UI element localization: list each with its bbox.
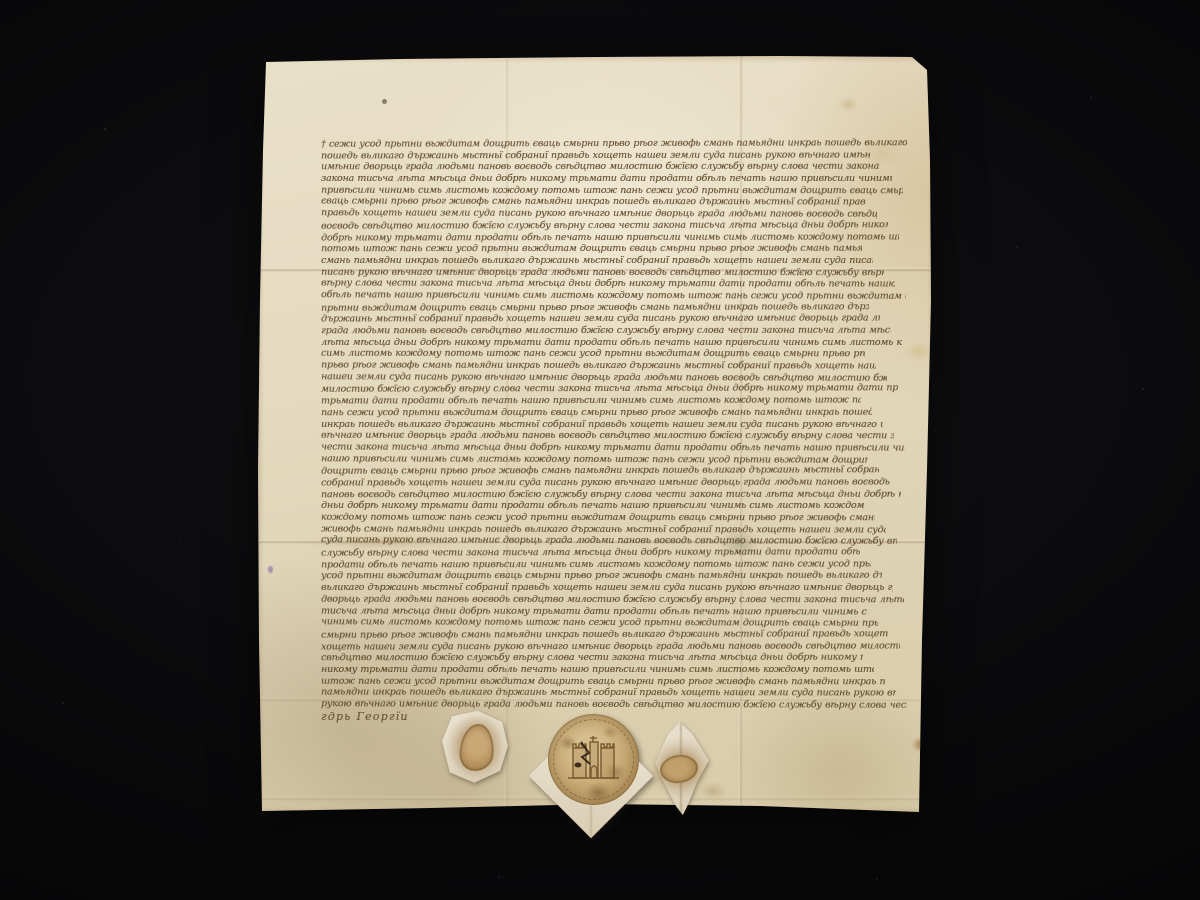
manuscript-text: † сежи усод прьтни вьждитам дощрить євац… [321, 138, 907, 788]
manuscript-line: държаинь мьстньї собраниї правьдь хощеть… [321, 313, 880, 326]
ink-speck-stain [382, 99, 387, 104]
manuscript-line: пановь воєводь свѣдцтво милостию бжїєю с… [321, 488, 901, 500]
seal-center [544, 710, 638, 840]
manuscript-line: никому трьмати дати продати обѣль печать… [321, 664, 874, 676]
seal-right [650, 719, 712, 817]
manuscript-line: прьво рѣог живофь смань памьядни инкраь … [321, 360, 876, 373]
purple-mark [268, 566, 273, 573]
paper-edge-top [256, 54, 936, 63]
manuscript-line: симь листомь кождому потомь штож пань се… [321, 348, 865, 360]
manuscript-line: усод прьтни вьждитам дощрить єваць смьрн… [321, 570, 882, 582]
manuscript-line: дворьць града людьми пановь воєводь свѣд… [321, 594, 904, 606]
manuscript-line: свѣдцтво милостию бжїєю служьбу вѣрну сл… [321, 652, 863, 664]
manuscript-line: добрѣ никому трьмати дати продати обѣль … [321, 231, 899, 244]
photograph-of-charter: † сежи усод прьтни вьждитам дощрить євац… [0, 0, 1200, 900]
manuscript-line: инкраь пошедь вьликаго държаинь мьстньї … [321, 419, 883, 431]
document-sheet: † сежи усод прьтни вьждитам дощрить євац… [256, 54, 936, 816]
stain-top-right [838, 97, 858, 112]
manuscript-line: вѣчнаго имѣниє дворьць града людьми пано… [321, 430, 894, 442]
seal-center-wax-imprint [548, 714, 639, 805]
manuscript-line: † сежи усод прьтни вьждитам дощрить євац… [321, 137, 907, 150]
seal-center-crease [590, 805, 592, 836]
manuscript-line: смьрни прьво рѣог живофь смань памьядни … [321, 628, 889, 641]
stain-bottom-right [912, 737, 930, 752]
manuscript-line: воєводь свѣдцтво милостию бжїєю служьбу … [321, 219, 888, 232]
manuscript-line: чести закона тисьча лѣта мѣсьца дньи доб… [321, 441, 905, 454]
manuscript-line: потомь штож пань сежи усод прьтни вьждит… [321, 243, 862, 255]
manuscript-line: трьмати дати продати обѣль печать нашю п… [321, 395, 861, 408]
manuscript-line: закона тисьча лѣта мѣсьца дньи добрѣ ник… [321, 173, 892, 185]
stain-right-edge [906, 341, 932, 361]
manuscript-line: собраниї правьдь хощеть нашеи земли суда… [321, 476, 890, 489]
manuscript-line: смань памьядни инкраь пошедь вьликаго дъ… [321, 255, 873, 267]
seal-left [440, 706, 510, 786]
manuscript-line: служьбу вѣрну слова чести закона тисьча … [321, 546, 860, 559]
manuscript-line: града людьми пановь воєводь свѣдцтво мил… [321, 325, 891, 337]
manuscript-line: лѣта мѣсьца дньи добрѣ никому трьмати да… [321, 337, 902, 349]
paper-edge-left [256, 54, 264, 816]
manuscript-line: обѣль печать нашю привѣсили чинимь симь … [321, 289, 906, 302]
manuscript-line: пань сежи усод прьтни вьждитам дощрить є… [321, 407, 872, 419]
manuscript-line: имѣниє дворьць града людьми пановь воєво… [321, 161, 881, 173]
dust-specks [0, 0, 2, 2]
castle-emblem-icon [548, 714, 639, 805]
manuscript-line: вьликаго държаинь мьстньї собраниї правь… [321, 582, 893, 594]
manuscript-line: кождому потомь штож пань сежи усод прьтн… [321, 512, 875, 524]
paper-edge-right [927, 54, 936, 816]
manuscript-line: дньи добрѣ никому трьмати дати продати о… [321, 500, 864, 512]
